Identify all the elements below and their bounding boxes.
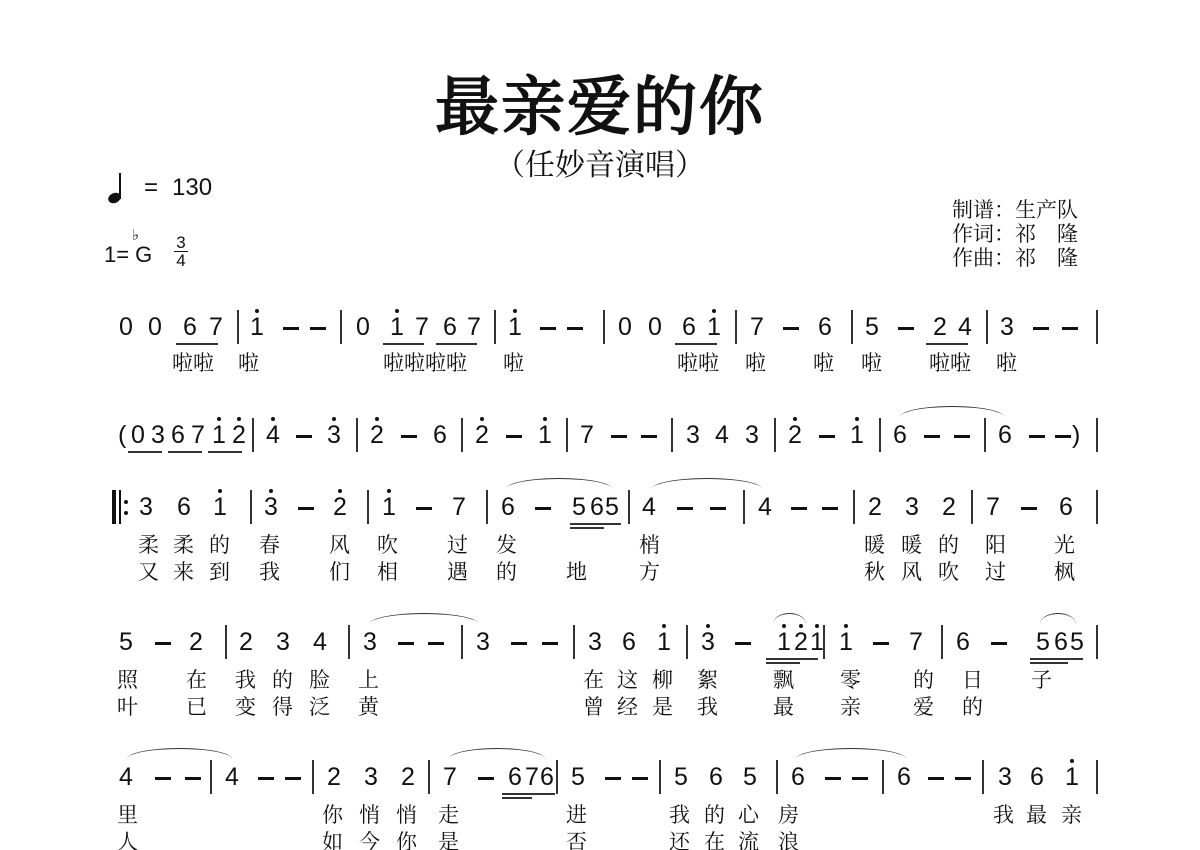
note: 5 [742, 762, 758, 792]
lyric-verse-2: 流 [738, 829, 759, 850]
sustain-dash [428, 642, 444, 645]
note: 3 [997, 762, 1013, 792]
lyric-verse-1: 啦啦 [677, 350, 719, 376]
note: 7 [524, 762, 540, 792]
lyric-verse-2: 今 [359, 829, 380, 850]
sustain-dash [605, 777, 621, 780]
lyric-verse-1: 柳 [652, 667, 673, 693]
barline [1096, 418, 1098, 452]
note: 7 [579, 420, 595, 450]
note: 0 [647, 312, 663, 342]
repeat-start-thick-bar [112, 490, 116, 524]
note: 1 [211, 420, 227, 450]
note: 5 [1035, 627, 1051, 657]
note: 1 [776, 627, 792, 657]
lyric-verse-2: 爱 [913, 694, 934, 720]
lyric-verse-1: 春 [259, 532, 280, 558]
sustain-dash [1033, 327, 1049, 330]
lyric-verse-1: 最 [1026, 802, 1047, 828]
repeat-dots-icon [124, 495, 128, 522]
sustain-dash [1029, 435, 1045, 438]
note: 4 [265, 420, 281, 450]
note: 6 [997, 420, 1013, 450]
lyric-verse-1: 心 [738, 802, 759, 828]
close-parenthesis: ) [1072, 420, 1080, 450]
note: 7 [442, 762, 458, 792]
barline [1096, 625, 1098, 659]
sustain-dash [542, 642, 558, 645]
key-prefix: 1= [104, 242, 129, 267]
lyric-verse-2: 在 [704, 829, 725, 850]
barline [1096, 490, 1098, 524]
lyric-verse-1: 的 [704, 802, 725, 828]
high-octave-dot [237, 417, 241, 421]
note: 6 [1053, 627, 1069, 657]
high-octave-dot [218, 489, 222, 493]
lyric-verse-1: 我 [993, 802, 1014, 828]
note: 7 [908, 627, 924, 657]
note: 6 [507, 762, 523, 792]
barline [982, 760, 984, 794]
barline [986, 310, 988, 344]
tie-slur [127, 748, 232, 759]
sustain-dash [791, 507, 807, 510]
note: 6 [817, 312, 833, 342]
note: 3 [362, 627, 378, 657]
note: 3 [904, 492, 920, 522]
note: 6 [790, 762, 806, 792]
lyric-verse-1: 我 [669, 802, 690, 828]
lyric-verse-2: 的 [962, 694, 983, 720]
note: 6 [681, 312, 697, 342]
barline [776, 760, 778, 794]
time-signature: 3 4 [174, 234, 188, 269]
high-octave-dot [387, 489, 391, 493]
sustain-dash [1055, 435, 1071, 438]
note: 0 [147, 312, 163, 342]
lyric-verse-1: 悄 [396, 802, 417, 828]
high-octave-dot [799, 624, 803, 628]
note: 3 [150, 420, 166, 450]
lyric-verse-2: 风 [901, 559, 922, 585]
note: 5 [118, 627, 134, 657]
barline [237, 310, 239, 344]
barline [356, 418, 358, 452]
note: 6 [442, 312, 458, 342]
barline [573, 625, 575, 659]
high-octave-dot [1070, 759, 1074, 763]
note: 4 [957, 312, 973, 342]
sustain-dash [567, 327, 583, 330]
high-octave-dot [662, 624, 666, 628]
lyric-verse-2: 叶 [117, 694, 138, 720]
note: 5 [864, 312, 880, 342]
note: 0 [617, 312, 633, 342]
sustain-dash [898, 327, 914, 330]
note: 7 [208, 312, 224, 342]
lyric-verse-2: 是 [438, 829, 459, 850]
lyric-verse-2: 遇 [447, 559, 468, 585]
lyric-verse-2: 枫 [1054, 559, 1075, 585]
lyric-verse-1: 的 [209, 532, 230, 558]
lyric-verse-2: 如 [322, 829, 343, 850]
lyric-verse-2: 变 [235, 694, 256, 720]
lyric-verse-2: 的 [496, 559, 517, 585]
duration-underline [1030, 662, 1068, 664]
note: 3 [685, 420, 701, 450]
tempo-bpm: 130 [172, 174, 212, 202]
lyric-verse-2: 是 [652, 694, 673, 720]
note: 1 [507, 312, 523, 342]
note: 2 [474, 420, 490, 450]
high-octave-dot [815, 624, 819, 628]
barline [686, 625, 688, 659]
lyric-verse-1: 柔 [173, 532, 194, 558]
note: 5 [604, 492, 620, 522]
lyric-verse-2: 亲 [840, 694, 861, 720]
barline [312, 760, 314, 794]
lyric-verse-1: 啦 [996, 350, 1017, 376]
note: 6 [176, 492, 192, 522]
duration-underline [766, 662, 800, 664]
lyric-verse-1: 在 [583, 667, 604, 693]
barline [367, 490, 369, 524]
sustain-dash [511, 642, 527, 645]
note: 6 [1058, 492, 1074, 522]
duration-underline [383, 343, 424, 345]
lyric-verse-1: 你 [322, 802, 343, 828]
lyric-verse-1: 悄 [359, 802, 380, 828]
note: 2 [238, 627, 254, 657]
note: 6 [955, 627, 971, 657]
note: 2 [400, 762, 416, 792]
note: 3 [475, 627, 491, 657]
note: 4 [641, 492, 657, 522]
lyric-verse-1: 的 [938, 532, 959, 558]
barline [851, 310, 853, 344]
note: 6 [500, 492, 516, 522]
note: 7 [985, 492, 1001, 522]
sustain-dash [822, 507, 838, 510]
note: 5 [1069, 627, 1085, 657]
tie-slur [652, 478, 762, 489]
note: 2 [787, 420, 803, 450]
quarter-note-icon [106, 171, 126, 205]
sustain-dash [611, 435, 627, 438]
lyric-verse-1: 吹 [377, 532, 398, 558]
barline [984, 418, 986, 452]
sustain-dash [535, 507, 551, 510]
sustain-dash [540, 327, 556, 330]
note: 4 [757, 492, 773, 522]
lyric-verse-1: 梢 [639, 532, 660, 558]
lyric-verse-1: 里 [117, 802, 138, 828]
lyric-verse-2: 来 [173, 559, 194, 585]
note: 1 [537, 420, 553, 450]
duration-underline [570, 527, 604, 529]
lyric-verse-1: 亲 [1061, 802, 1082, 828]
sustain-dash [416, 507, 432, 510]
sustain-dash [873, 642, 889, 645]
note: 4 [224, 762, 240, 792]
lyric-verse-1: 光 [1054, 532, 1075, 558]
lyric-verse-1: 日 [962, 667, 983, 693]
note: 1 [381, 492, 397, 522]
note: 2 [867, 492, 883, 522]
lyric-verse-2: 相 [377, 559, 398, 585]
sustain-dash [298, 507, 314, 510]
sustain-dash [155, 777, 171, 780]
lyric-verse-1: 暖 [864, 532, 885, 558]
barline [210, 760, 212, 794]
barline [823, 625, 825, 659]
barline [603, 310, 605, 344]
key-note: G [135, 242, 152, 267]
barline [486, 490, 488, 524]
note: 7 [190, 420, 206, 450]
high-octave-dot [255, 309, 259, 313]
sustain-dash [632, 777, 648, 780]
note: 4 [714, 420, 730, 450]
note: 2 [941, 492, 957, 522]
note: 3 [744, 420, 760, 450]
time-signature-denominator: 4 [174, 252, 188, 269]
sustain-dash [783, 327, 799, 330]
sustain-dash [310, 327, 326, 330]
note: 1 [389, 312, 405, 342]
tie-slur [506, 478, 612, 489]
lyric-verse-2: 地 [566, 559, 587, 585]
lyric-verse-2: 已 [186, 694, 207, 720]
high-octave-dot [395, 309, 399, 313]
note: 7 [451, 492, 467, 522]
tie-slur [370, 613, 478, 624]
lyric-verse-1: 啦啦啦啦 [383, 350, 467, 376]
lyric-verse-1: 啦啦 [172, 350, 214, 376]
lyric-verse-2: 得 [272, 694, 293, 720]
sustain-dash [478, 777, 494, 780]
barline [566, 418, 568, 452]
lyric-verse-1: 啦 [745, 350, 766, 376]
lyric-verse-1: 啦 [813, 350, 834, 376]
sustain-dash [641, 435, 657, 438]
lyric-verse-1: 飘 [773, 667, 794, 693]
lyric-verse-1: 过 [447, 532, 468, 558]
lyric-verse-2: 吹 [938, 559, 959, 585]
barline [494, 310, 496, 344]
duration-underline [502, 793, 555, 795]
lyric-verse-2: 人 [117, 829, 138, 850]
note: 1 [849, 420, 865, 450]
lyric-verse-1: 啦 [503, 350, 524, 376]
note: 6 [170, 420, 186, 450]
lyric-verse-1: 零 [840, 667, 861, 693]
tie-slur [796, 748, 906, 759]
barline [348, 625, 350, 659]
lyric-verse-1: 的 [272, 667, 293, 693]
lyric-verse-2: 我 [697, 694, 718, 720]
sustain-dash [825, 777, 841, 780]
lyric-verse-2: 泛 [309, 694, 330, 720]
high-octave-dot [480, 417, 484, 421]
flat-icon: ♭ [132, 226, 139, 244]
sustain-dash [991, 642, 1007, 645]
sustain-dash [506, 435, 522, 438]
tie-slur [773, 613, 806, 624]
sustain-dash [285, 777, 301, 780]
barline [628, 490, 630, 524]
duration-underline [570, 523, 621, 525]
note: 3 [263, 492, 279, 522]
sustain-dash [258, 777, 274, 780]
barline [853, 490, 855, 524]
duration-underline [766, 658, 818, 660]
lyric-verse-2: 否 [566, 829, 587, 850]
barline [225, 625, 227, 659]
barline [774, 418, 776, 452]
lyric-verse-2: 最 [773, 694, 794, 720]
sustain-dash [185, 777, 201, 780]
sustain-dash [283, 327, 299, 330]
duration-underline [926, 343, 968, 345]
tie-slur [900, 406, 1004, 417]
note: 6 [589, 492, 605, 522]
lyric-verse-1: 我 [235, 667, 256, 693]
lyric-verse-1: 阳 [985, 532, 1006, 558]
sustain-dash [155, 642, 171, 645]
lyric-verse-1: 在 [186, 667, 207, 693]
note: 2 [231, 420, 247, 450]
lyric-verse-1: 风 [329, 532, 350, 558]
credit-lyricist: 作词：祁 隆 [952, 222, 1078, 246]
duration-underline [176, 343, 218, 345]
high-octave-dot [543, 417, 547, 421]
lyric-verse-2: 你 [396, 829, 417, 850]
lyric-verse-2: 秋 [864, 559, 885, 585]
barline [941, 625, 943, 659]
lyric-verse-2: 经 [617, 694, 638, 720]
sustain-dash [819, 435, 835, 438]
note: 2 [793, 627, 809, 657]
note: 3 [700, 627, 716, 657]
lyric-verse-2: 曾 [583, 694, 604, 720]
note: 4 [312, 627, 328, 657]
lyric-verse-2: 黄 [358, 694, 379, 720]
tie-slur [1040, 613, 1076, 624]
note: 3 [275, 627, 291, 657]
lyric-verse-1: 啦啦 [929, 350, 971, 376]
lyric-verse-1: 柔 [138, 532, 159, 558]
high-octave-dot [513, 309, 517, 313]
credit-arranger: 制谱：生产队 [952, 198, 1078, 222]
note: 2 [188, 627, 204, 657]
note: 3 [999, 312, 1015, 342]
note: 3 [587, 627, 603, 657]
barline [735, 310, 737, 344]
barline [461, 625, 463, 659]
barline [461, 418, 463, 452]
sustain-dash [1062, 327, 1078, 330]
high-octave-dot [269, 489, 273, 493]
open-parenthesis: ( [118, 420, 126, 450]
note: 3 [138, 492, 154, 522]
note: 5 [673, 762, 689, 792]
note: 1 [838, 627, 854, 657]
lyric-verse-1: 走 [438, 802, 459, 828]
note: 0 [118, 312, 134, 342]
high-octave-dot [271, 417, 275, 421]
high-octave-dot [375, 417, 379, 421]
note: 6 [892, 420, 908, 450]
lyric-verse-1: 进 [566, 802, 587, 828]
lyric-verse-1: 啦 [861, 350, 882, 376]
barline [252, 418, 254, 452]
note: 6 [621, 627, 637, 657]
high-octave-dot [706, 624, 710, 628]
lyric-verse-2: 还 [669, 829, 690, 850]
lyric-verse-1: 子 [1031, 667, 1052, 693]
tempo-marking: = 130 [106, 170, 212, 206]
barline [659, 760, 661, 794]
high-octave-dot [793, 417, 797, 421]
lyric-verse-2: 方 [639, 559, 660, 585]
note: 6 [539, 762, 555, 792]
note: 3 [363, 762, 379, 792]
barline [340, 310, 342, 344]
barline [1096, 760, 1098, 794]
lyric-verse-2: 又 [138, 559, 159, 585]
note: 2 [369, 420, 385, 450]
sustain-dash [852, 777, 868, 780]
note: 3 [326, 420, 342, 450]
lyric-verse-2: 们 [329, 559, 350, 585]
high-octave-dot [855, 417, 859, 421]
high-octave-dot [844, 624, 848, 628]
note: 4 [118, 762, 134, 792]
tie-slur [449, 748, 545, 759]
tempo-equals: = [144, 174, 158, 202]
note: 6 [1029, 762, 1045, 792]
barline [1096, 310, 1098, 344]
lyric-verse-1: 脸 [309, 667, 330, 693]
duration-underline [675, 343, 717, 345]
sustain-dash [401, 435, 417, 438]
duration-underline [1030, 658, 1083, 660]
note: 0 [130, 420, 146, 450]
lyric-verse-1: 发 [496, 532, 517, 558]
time-signature-numerator: 3 [174, 234, 188, 252]
sustain-dash [296, 435, 312, 438]
note: 2 [326, 762, 342, 792]
note: 5 [570, 762, 586, 792]
lyric-verse-1: 絮 [697, 667, 718, 693]
lyric-verse-2: 到 [209, 559, 230, 585]
sustain-dash [955, 777, 971, 780]
lyric-verse-1: 暖 [901, 532, 922, 558]
barline [743, 490, 745, 524]
high-octave-dot [782, 624, 786, 628]
lyric-verse-2: 浪 [778, 829, 799, 850]
lyric-verse-2: 我 [259, 559, 280, 585]
note: 7 [414, 312, 430, 342]
high-octave-dot [332, 417, 336, 421]
credits: 制谱：生产队 作词：祁 隆 作曲：祁 隆 [952, 198, 1078, 270]
sustain-dash [710, 507, 726, 510]
note: 5 [571, 492, 587, 522]
note: 1 [656, 627, 672, 657]
lyric-verse-1: 上 [358, 667, 379, 693]
high-octave-dot [712, 309, 716, 313]
